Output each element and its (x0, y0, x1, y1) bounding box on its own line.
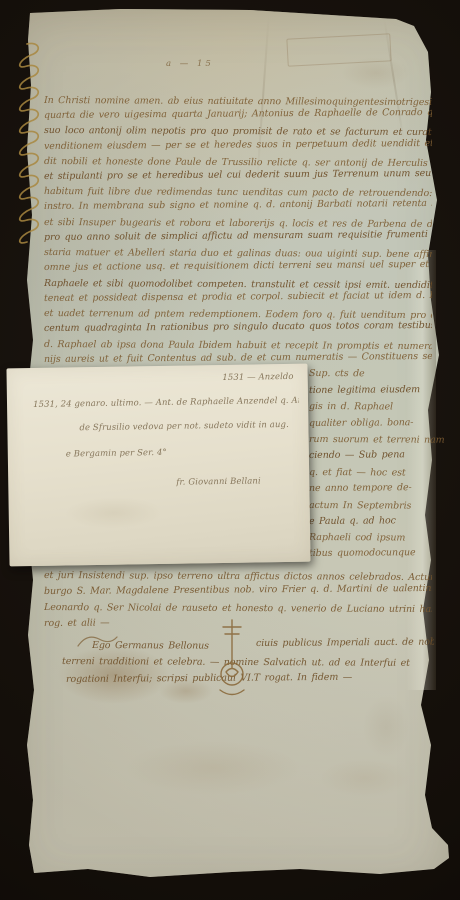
faint-stain (330, 52, 422, 94)
deed-line: et uadet terrenum ad pntem redemptionem.… (44, 308, 432, 321)
note-header: 1531 — Anzeldo (222, 372, 293, 383)
deed-line: suo loco antonij olim nepotis pro quo pr… (44, 125, 432, 138)
deed-line: habitum fuit libre due redimendas tunc u… (44, 186, 432, 199)
closing-line: et juri Insistendi sup. ipso terreno ult… (44, 570, 432, 583)
notary-sign-icon (212, 618, 252, 702)
continuation-fragment: ciendo — Sub pena (309, 449, 449, 461)
closing-line: rog. et alii — (44, 617, 164, 629)
continuation-fragment: q. et fiat — hoc est (309, 467, 449, 479)
faint-stain (305, 752, 425, 804)
continuation-fragment: rum suorum et terreni nam (309, 434, 449, 446)
note-line: de Sfrusilio vedova per not. sudeto vidi… (79, 420, 299, 433)
closing-line: Leonardo q. Ser Nicolai de rauseto et ho… (44, 602, 432, 615)
continuation-fragment: tione legitima eiusdem (309, 384, 449, 396)
paraph-icon (76, 630, 120, 654)
margin-flourish-icon (13, 38, 47, 252)
deed-line: staria matuer et Abelleri staria duo et … (44, 247, 432, 260)
deed-line: et sibi Insuper bugearis et robora et la… (44, 217, 432, 230)
note-faint-stain (48, 491, 179, 535)
notary-subscription-line: ciuis publicus Imperiali auct. de nob. L… (256, 637, 434, 649)
deed-line: d. Raphael ab ipsa dona Paula Ibidem hab… (44, 339, 432, 352)
continuation-fragment: Sup. cts de (309, 368, 449, 380)
continuation-fragment: tibus quomodocunque (309, 547, 449, 559)
note-line: 1531, 24 genaro. ultimo. — Ant. de Rapha… (33, 396, 299, 410)
continuation-fragment: Raphaeli cod ipsum (309, 532, 449, 544)
regest-note: 1531 — Anzeldo 1531, 24 genaro. ultimo. … (6, 364, 310, 567)
note-signature: fr. Giovanni Bellani (176, 476, 261, 487)
continuation-fragment: qualiter obliga. bona- (309, 417, 449, 429)
deed-line: In Christi nomine amen. ab eius natiuita… (44, 95, 432, 108)
deed-line: dit nobili et honeste done Paule de Trus… (44, 156, 432, 169)
archival-photo: a — 15 In Christi nomine amen. ab eius n… (0, 0, 460, 900)
faint-stain (355, 685, 417, 769)
continuation-fragment: actum In Septembris (309, 500, 449, 512)
continuation-fragment: e Paula q. ad hoc (309, 515, 449, 527)
folio-mark: a — 15 (166, 59, 214, 69)
continuation-fragment: gis in d. Raphael (309, 401, 449, 413)
note-line: e Bergamin per Ser. 4° (66, 447, 226, 460)
faint-stain (95, 732, 330, 804)
deed-line: Raphaele et sibi quomodolibet competen. … (44, 278, 432, 291)
continuation-fragment: ne anno tempore de- (309, 482, 449, 494)
